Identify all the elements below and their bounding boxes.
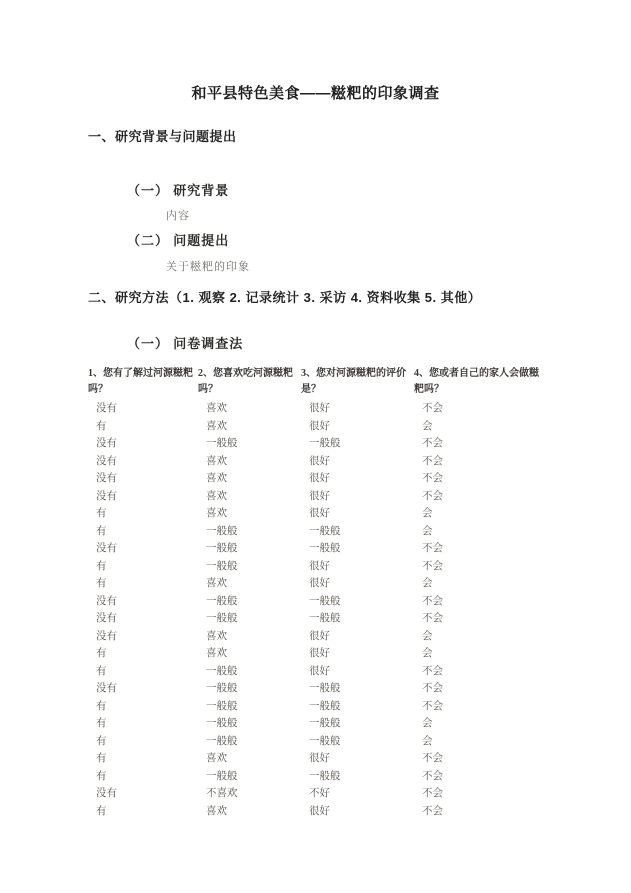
survey-response-cell: 一般般 <box>198 663 301 681</box>
survey-response-cell: 有 <box>88 505 198 523</box>
survey-response-cell: 一般般 <box>301 523 414 541</box>
survey-response-cell: 有 <box>88 803 198 821</box>
survey-response-cell: 没有 <box>88 680 198 698</box>
survey-response-cell: 没有 <box>88 488 198 506</box>
survey-response-cell: 会 <box>414 628 576 646</box>
survey-response-row: 没有一般般一般般不会 <box>88 435 576 453</box>
survey-response-cell: 没有 <box>88 593 198 611</box>
survey-response-cell: 不好 <box>301 785 414 803</box>
survey-response-cell: 会 <box>414 575 576 593</box>
survey-response-cell: 不会 <box>414 488 576 506</box>
document-page: 和平县特色美食——糍粑的印象调查 一、研究背景与问题提出 （一） 研究背景 内容… <box>0 0 631 893</box>
survey-response-cell: 不会 <box>414 558 576 576</box>
survey-response-cell: 一般般 <box>198 733 301 751</box>
survey-response-cell: 有 <box>88 558 198 576</box>
survey-response-row: 没有一般般一般般不会 <box>88 540 576 558</box>
survey-response-cell: 很好 <box>301 453 414 471</box>
section-heading-research-background: 一、研究背景与问题提出 <box>88 126 237 145</box>
survey-response-row: 没有一般般一般般不会 <box>88 610 576 628</box>
survey-response-cell: 喜欢 <box>198 488 301 506</box>
survey-response-cell: 会 <box>414 505 576 523</box>
survey-response-cell: 不会 <box>414 435 576 453</box>
survey-header-row: 1、您有了解过河源糍粑吗？2、您喜欢吃河源糍粑吗？3、您对河源糍粑的评价是？4、… <box>88 366 576 400</box>
survey-response-cell: 有 <box>88 663 198 681</box>
survey-response-cell: 不会 <box>414 803 576 821</box>
survey-response-cell: 有 <box>88 645 198 663</box>
survey-response-row: 有喜欢很好会 <box>88 505 576 523</box>
survey-response-cell: 一般般 <box>301 435 414 453</box>
survey-response-cell: 很好 <box>301 558 414 576</box>
survey-response-cell: 喜欢 <box>198 628 301 646</box>
subsection-heading-problem-statement: （二） 问题提出 <box>127 230 229 249</box>
survey-response-cell: 有 <box>88 575 198 593</box>
survey-response-cell: 不喜欢 <box>198 785 301 803</box>
survey-response-row: 没有喜欢很好不会 <box>88 488 576 506</box>
survey-response-cell: 喜欢 <box>198 575 301 593</box>
survey-response-cell: 没有 <box>88 400 198 418</box>
survey-response-cell: 一般般 <box>198 680 301 698</box>
survey-response-cell: 不会 <box>414 593 576 611</box>
survey-response-cell: 一般般 <box>301 540 414 558</box>
survey-response-row: 有一般般很好不会 <box>88 663 576 681</box>
survey-response-cell: 没有 <box>88 470 198 488</box>
survey-table: 1、您有了解过河源糍粑吗？2、您喜欢吃河源糍粑吗？3、您对河源糍粑的评价是？4、… <box>88 366 576 820</box>
section-heading-research-methods: 二、研究方法（1. 观察 2. 记录统计 3. 采访 4. 资料收集 5. 其他… <box>88 287 481 306</box>
survey-response-cell: 有 <box>88 698 198 716</box>
survey-response-row: 有一般般一般般不会 <box>88 698 576 716</box>
survey-response-row: 有一般般很好不会 <box>88 558 576 576</box>
survey-response-row: 没有不喜欢不好不会 <box>88 785 576 803</box>
survey-response-cell: 有 <box>88 418 198 436</box>
survey-response-cell: 一般般 <box>198 523 301 541</box>
survey-response-cell: 一般般 <box>198 698 301 716</box>
survey-response-cell: 不会 <box>414 540 576 558</box>
survey-response-cell: 有 <box>88 733 198 751</box>
survey-response-row: 有喜欢很好会 <box>88 645 576 663</box>
survey-response-cell: 一般般 <box>301 593 414 611</box>
survey-response-cell: 很好 <box>301 750 414 768</box>
survey-response-cell: 会 <box>414 523 576 541</box>
survey-response-row: 没有一般般一般般不会 <box>88 680 576 698</box>
survey-response-row: 没有喜欢很好会 <box>88 628 576 646</box>
survey-response-cell: 喜欢 <box>198 400 301 418</box>
survey-response-cell: 很好 <box>301 645 414 663</box>
survey-response-cell: 会 <box>414 715 576 733</box>
survey-response-cell: 有 <box>88 768 198 786</box>
survey-response-cell: 一般般 <box>198 715 301 733</box>
survey-response-cell: 会 <box>414 418 576 436</box>
survey-response-row: 没有一般般一般般不会 <box>88 593 576 611</box>
survey-response-cell: 喜欢 <box>198 803 301 821</box>
survey-response-cell: 很好 <box>301 505 414 523</box>
survey-response-cell: 不会 <box>414 785 576 803</box>
survey-response-cell: 没有 <box>88 540 198 558</box>
survey-response-cell: 喜欢 <box>198 750 301 768</box>
survey-response-cell: 不会 <box>414 680 576 698</box>
survey-response-cell: 一般般 <box>301 698 414 716</box>
body-text-content: 内容 <box>166 207 190 223</box>
survey-response-row: 有喜欢很好不会 <box>88 803 576 821</box>
survey-response-cell: 不会 <box>414 750 576 768</box>
survey-response-cell: 很好 <box>301 803 414 821</box>
survey-response-cell: 一般般 <box>301 610 414 628</box>
survey-response-cell: 很好 <box>301 488 414 506</box>
body-text-impression: 关于糍粑的印象 <box>166 258 250 274</box>
survey-column-header: 4、您或者自己的家人会做糍粑吗？ <box>414 366 576 400</box>
survey-response-cell: 不会 <box>414 663 576 681</box>
survey-response-cell: 不会 <box>414 610 576 628</box>
survey-response-cell: 一般般 <box>301 768 414 786</box>
survey-column-header: 3、您对河源糍粑的评价是？ <box>301 366 414 400</box>
survey-response-cell: 不会 <box>414 698 576 716</box>
survey-response-cell: 一般般 <box>198 558 301 576</box>
survey-response-row: 有一般般一般般不会 <box>88 768 576 786</box>
subsection-heading-questionnaire-method: （一） 问卷调查法 <box>127 333 243 352</box>
survey-response-cell: 不会 <box>414 400 576 418</box>
survey-response-cell: 没有 <box>88 785 198 803</box>
survey-column-header: 1、您有了解过河源糍粑吗？ <box>88 366 198 400</box>
survey-response-cell: 喜欢 <box>198 505 301 523</box>
survey-response-row: 有一般般一般般会 <box>88 715 576 733</box>
subsection-heading-research-background: （一） 研究背景 <box>127 180 229 199</box>
survey-response-row: 没有喜欢很好不会 <box>88 400 576 418</box>
survey-response-cell: 有 <box>88 750 198 768</box>
survey-response-cell: 会 <box>414 645 576 663</box>
survey-response-row: 有喜欢很好会 <box>88 575 576 593</box>
survey-response-cell: 很好 <box>301 400 414 418</box>
survey-response-cell: 没有 <box>88 610 198 628</box>
survey-response-cell: 很好 <box>301 663 414 681</box>
survey-response-cell: 一般般 <box>198 610 301 628</box>
survey-response-row: 有一般般一般般会 <box>88 733 576 751</box>
survey-response-cell: 会 <box>414 733 576 751</box>
survey-response-row: 有喜欢很好会 <box>88 418 576 436</box>
survey-response-row: 有喜欢很好不会 <box>88 750 576 768</box>
survey-response-cell: 一般般 <box>198 435 301 453</box>
survey-response-cell: 没有 <box>88 435 198 453</box>
survey-response-cell: 一般般 <box>198 768 301 786</box>
survey-response-cell: 喜欢 <box>198 418 301 436</box>
survey-response-cell: 不会 <box>414 470 576 488</box>
survey-response-cell: 一般般 <box>198 593 301 611</box>
survey-response-cell: 很好 <box>301 470 414 488</box>
survey-response-row: 有一般般一般般会 <box>88 523 576 541</box>
survey-response-cell: 一般般 <box>301 715 414 733</box>
survey-response-cell: 很好 <box>301 628 414 646</box>
survey-response-cell: 没有 <box>88 453 198 471</box>
survey-response-cell: 有 <box>88 523 198 541</box>
survey-column-header: 2、您喜欢吃河源糍粑吗？ <box>198 366 301 400</box>
survey-response-cell: 一般般 <box>301 680 414 698</box>
survey-response-cell: 很好 <box>301 418 414 436</box>
survey-response-cell: 喜欢 <box>198 645 301 663</box>
survey-response-cell: 一般般 <box>198 540 301 558</box>
document-title: 和平县特色美食——糍粑的印象调查 <box>0 82 631 103</box>
survey-response-row: 没有喜欢很好不会 <box>88 453 576 471</box>
survey-response-cell: 不会 <box>414 453 576 471</box>
survey-response-cell: 不会 <box>414 768 576 786</box>
survey-response-cell: 喜欢 <box>198 470 301 488</box>
survey-response-cell: 很好 <box>301 575 414 593</box>
survey-response-cell: 有 <box>88 715 198 733</box>
survey-response-cell: 一般般 <box>301 733 414 751</box>
survey-response-row: 没有喜欢很好不会 <box>88 470 576 488</box>
survey-response-cell: 喜欢 <box>198 453 301 471</box>
survey-response-cell: 没有 <box>88 628 198 646</box>
